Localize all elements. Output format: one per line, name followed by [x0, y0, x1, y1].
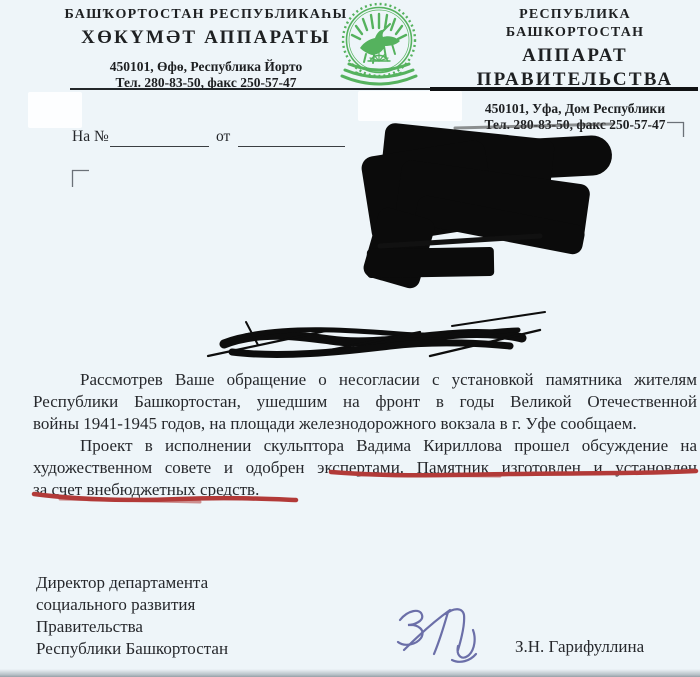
coat-of-arms-icon — [336, 2, 422, 90]
signatory-title-block: Директор департамента социального развит… — [36, 572, 228, 660]
body-line: войны 1941-1945 годов, на площади железн… — [33, 413, 697, 435]
letterhead-left-bashkir: БАШҠОРТОСТАН РЕСПУБЛИКАҺЫ ХӨКҮМӘТ АППАРА… — [58, 6, 354, 91]
scan-white-patch — [358, 91, 462, 121]
redaction-black-bar — [367, 247, 494, 278]
letterhead-divider-right — [430, 87, 698, 91]
signatory-name: З.Н. Гарифуллина — [515, 637, 644, 657]
body-line: Республики Башкортостан, ушедшим на фрон… — [33, 391, 697, 413]
signatory-title-line: Директор департамента — [36, 572, 228, 594]
letter-body: Рассмотрев Ваше обращение о несогласии с… — [33, 369, 697, 501]
body-line: за счет внебюджетных средств. — [33, 479, 697, 501]
reference-line: На № от — [0, 128, 700, 150]
letterhead-divider-left — [70, 88, 432, 90]
signatory-title-line: Республики Башкортостан — [36, 638, 228, 660]
body-line: Проект в исполнении скульптора Вадима Ки… — [33, 435, 697, 457]
org-name-bashkir-line2: ХӨКҮМӘТ АППАРАТЫ — [58, 26, 354, 50]
org-name-russian-line2: АППАРАТ ПРАВИТЕЛЬСТВА — [450, 44, 700, 92]
body-line: художественном совете и одобрен эксперта… — [33, 457, 697, 479]
handwritten-signature — [398, 609, 476, 662]
signatory-title-line: социального развития — [36, 594, 228, 616]
org-name-russian-line1: РЕСПУБЛИКА БАШКОРТОСТАН — [450, 6, 700, 42]
pen-scribble-strikeout — [208, 312, 545, 356]
letterhead-right-russian: РЕСПУБЛИКА БАШКОРТОСТАН АППАРАТ ПРАВИТЕЛ… — [450, 6, 700, 133]
reference-ot-label: от — [216, 128, 230, 146]
reference-number-blank — [110, 130, 209, 147]
org-address-bashkir: 450101, Өфө, Республика Йорто — [58, 59, 354, 75]
scan-white-patch — [28, 92, 82, 128]
reference-date-blank — [238, 130, 345, 147]
org-address-russian: 450101, Уфа, Дом Республики — [450, 101, 700, 117]
signatory-title-line: Правительства — [36, 616, 228, 638]
body-line: Рассмотрев Ваше обращение о несогласии с… — [33, 369, 697, 391]
org-name-bashkir-line1: БАШҠОРТОСТАН РЕСПУБЛИКАҺЫ — [58, 6, 354, 24]
scanned-letter-page: БАШҠОРТОСТАН РЕСПУБЛИКАҺЫ ХӨКҮМӘТ АППАРА… — [0, 0, 700, 677]
scan-edge-shadow — [0, 669, 700, 677]
reference-na-label: На № — [72, 128, 109, 146]
